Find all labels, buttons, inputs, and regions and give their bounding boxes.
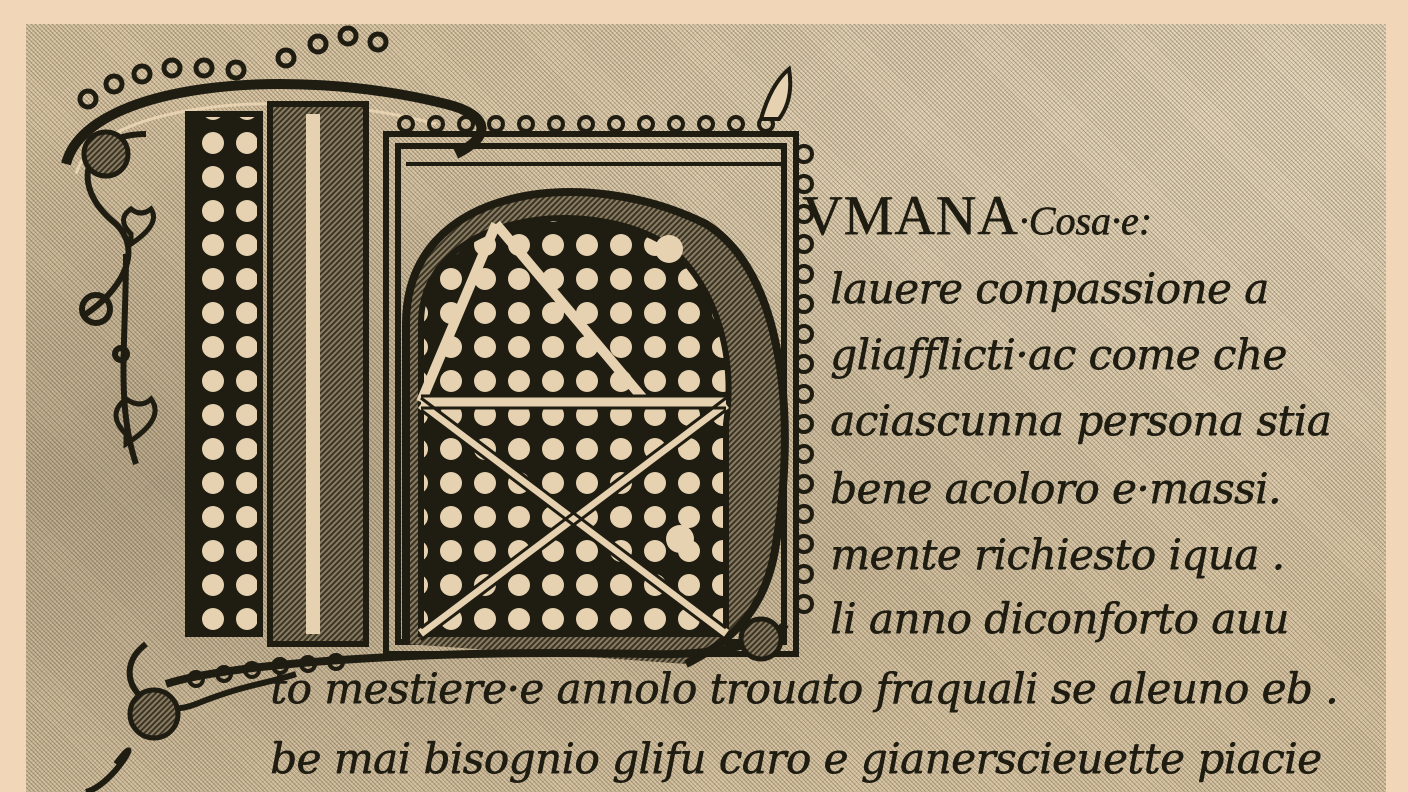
text-line-7: li anno diconforto auu: [830, 594, 1289, 643]
heart-leaf: [116, 399, 155, 444]
bud-finial: [761, 69, 790, 119]
top-arch-beads: [80, 28, 386, 107]
text-line-9: be mai bisognio glifu caro e gianerscieu…: [270, 734, 1321, 783]
text-line-4: aciascunna persona stia: [830, 396, 1331, 445]
text-line-6: mente richiesto iqua .: [830, 530, 1284, 579]
text-line-8: to mestiere·e annolo trouato fraquali se…: [270, 664, 1338, 713]
text-line-2: lauere conpassione a: [830, 264, 1269, 313]
opening-capitals: VMANA: [802, 185, 1019, 247]
text-line-5: bene acoloro e·massi.: [830, 464, 1281, 513]
text-line-3: gliafflicti·ac come che: [830, 330, 1287, 379]
top-bead-border: [399, 117, 773, 131]
manuscript-page: VMANA·Cosa·e: lauere conpassione a gliaf…: [26, 24, 1386, 792]
opening-continuation: ·Cosa·e:: [1019, 198, 1152, 243]
opening-line: VMANA·Cosa·e:: [802, 184, 1152, 248]
